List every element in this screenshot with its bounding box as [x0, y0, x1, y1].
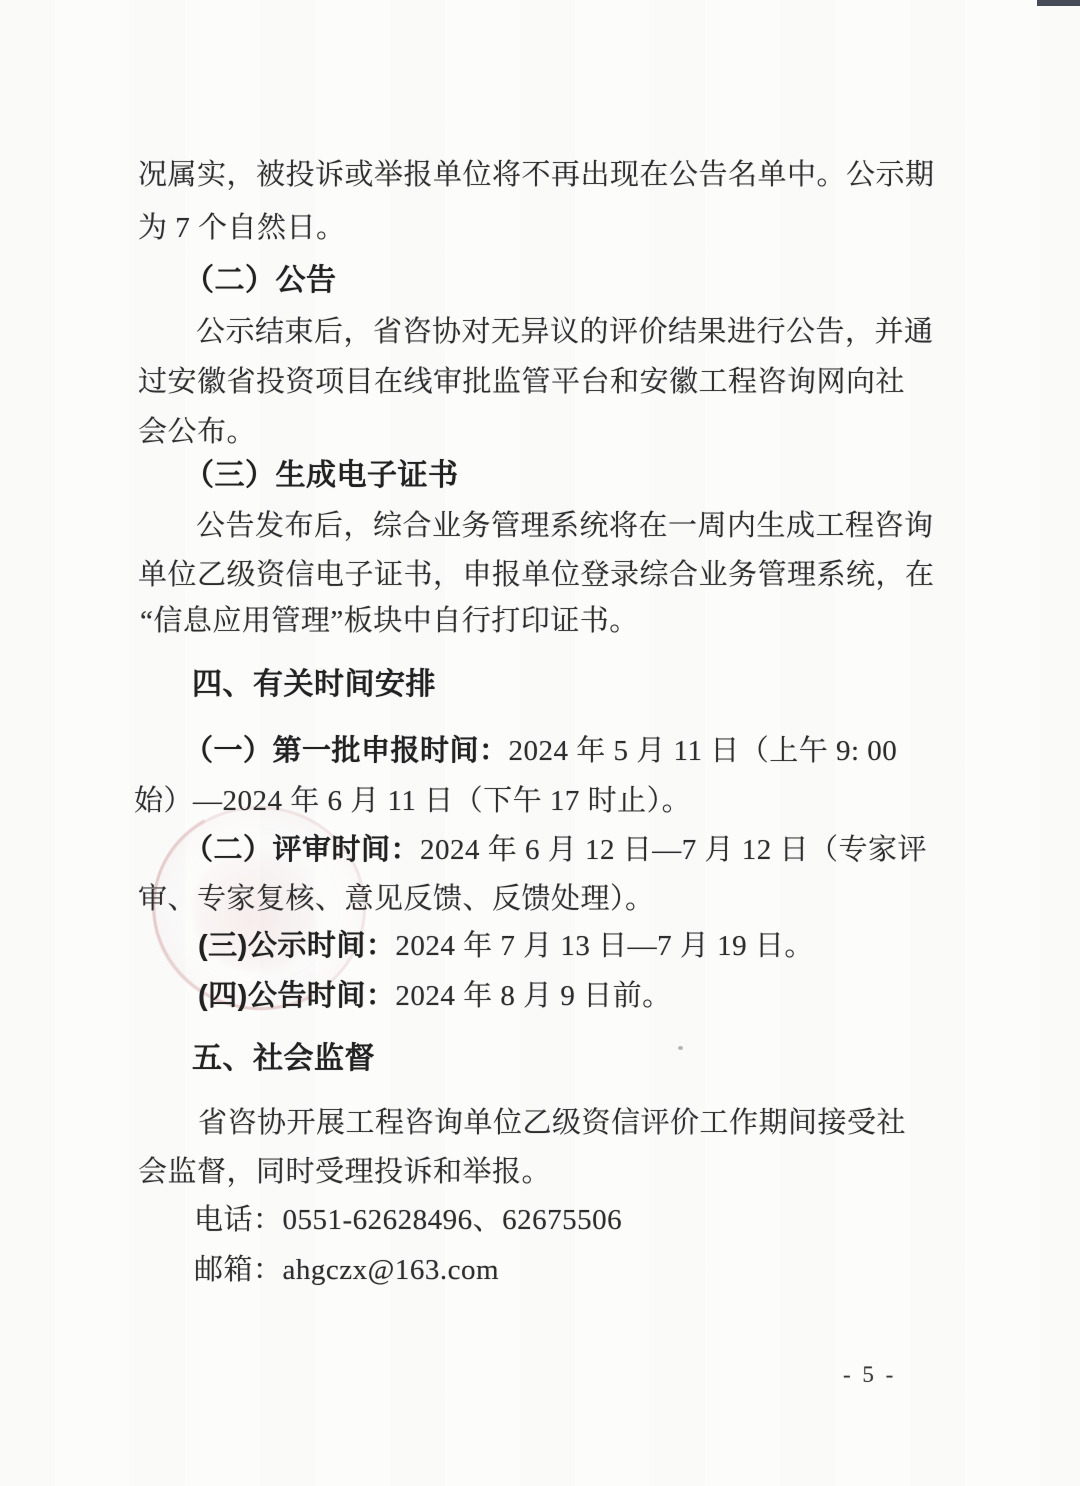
line-bold-text: 五、社会监督 — [192, 1042, 375, 1075]
line-bold-text: （二）评审时间： — [184, 834, 420, 866]
line-regular-text: 2024 年 5 月 11 日（上午 9: 00 — [509, 735, 898, 767]
text-line: 会监督，同时受理投诉和举报。 — [138, 1153, 551, 1191]
text-line: 省咨协开展工程咨询单位乙级资信评价工作期间接受社 — [198, 1104, 906, 1142]
email-line: 邮箱：ahgczx@163.com — [194, 1251, 499, 1289]
text-line: 况属实，被投诉或举报单位将不再出现在公告名单中。公示期 — [138, 156, 935, 194]
text-line: 为 7 个自然日。 — [138, 209, 346, 247]
text-line: (三)公示时间：2024 年 7 月 13 日—7 月 19 日。 — [198, 927, 814, 965]
text-line: 始）—2024 年 6 月 11 日（下午 17 时止）。 — [134, 782, 691, 820]
line-regular-text: 公告发布后，综合业务管理系统将在一周内生成工程咨询 — [196, 510, 934, 542]
line-regular-text: 2024 年 6 月 12 日—7 月 12 日（专家评 — [420, 834, 927, 866]
scan-corner-artifact — [1037, 0, 1080, 6]
line-bold-text: （一）第一批申报时间： — [184, 735, 509, 767]
line-regular-text: 公示结束后，省咨协对无异议的评价结果进行公告，并通 — [196, 316, 934, 348]
line-regular-text: 会监督，同时受理投诉和举报。 — [138, 1156, 551, 1188]
line-bold-text: （二）公告 — [184, 264, 337, 297]
line-bold-text: (三)公示时间： — [198, 930, 395, 962]
line-bold-text: (四)公告时间： — [198, 980, 395, 1012]
line-regular-text: 为 7 个自然日。 — [138, 212, 346, 244]
text-line: 审、专家复核、意见反馈、反馈处理）。 — [138, 880, 655, 918]
line-regular-text: 电话：0551-62628496、62675506 — [194, 1204, 622, 1236]
scan-speck — [678, 1046, 683, 1050]
text-line: 会公布。 — [138, 413, 256, 451]
line-regular-text: 省咨协开展工程咨询单位乙级资信评价工作期间接受社 — [198, 1107, 906, 1139]
line-regular-text: “信息应用管理”板块中自行打印证书。 — [140, 605, 639, 637]
text-line: （一）第一批申报时间：2024 年 5 月 11 日（上午 9: 00 — [184, 732, 897, 770]
text-line: 公告发布后，综合业务管理系统将在一周内生成工程咨询 — [196, 507, 934, 545]
line-regular-text: 2024 年 8 月 9 日前。 — [395, 980, 671, 1012]
section-subheading: （三）生成电子证书 — [184, 457, 459, 495]
line-regular-text: 2024 年 7 月 13 日—7 月 19 日。 — [395, 930, 814, 962]
text-line: “信息应用管理”板块中自行打印证书。 — [140, 602, 639, 640]
text-line: 单位乙级资信电子证书，申报单位登录综合业务管理系统，在 — [138, 556, 935, 594]
line-bold-text: 四、有关时间安排 — [192, 668, 436, 701]
line-regular-text: 况属实，被投诉或举报单位将不再出现在公告名单中。公示期 — [138, 159, 935, 191]
line-regular-text: 过安徽省投资项目在线审批监管平台和安徽工程咨询网向社 — [138, 366, 905, 398]
text-line: 公示结束后，省咨协对无异议的评价结果进行公告，并通 — [196, 313, 934, 351]
phone-line: 电话：0551-62628496、62675506 — [194, 1201, 622, 1239]
line-regular-text: 会公布。 — [138, 416, 256, 448]
text-line: (四)公告时间：2024 年 8 月 9 日前。 — [198, 977, 672, 1015]
line-regular-text: 始）—2024 年 6 月 11 日（下午 17 时止）。 — [134, 785, 691, 817]
section-heading: 五、社会监督 — [192, 1040, 375, 1078]
line-regular-text: 审、专家复核、意见反馈、反馈处理）。 — [138, 883, 655, 915]
page-number: - 5 - — [843, 1362, 896, 1388]
section-heading: 四、有关时间安排 — [192, 666, 436, 704]
text-line: （二）评审时间：2024 年 6 月 12 日—7 月 12 日（专家评 — [184, 831, 927, 869]
scanned-document-page: 况属实，被投诉或举报单位将不再出现在公告名单中。公示期 为 7 个自然日。 （二… — [0, 0, 1080, 1486]
line-bold-text: （三）生成电子证书 — [184, 459, 459, 492]
line-regular-text: 邮箱：ahgczx@163.com — [194, 1254, 499, 1286]
text-line: 过安徽省投资项目在线审批监管平台和安徽工程咨询网向社 — [138, 363, 905, 401]
section-subheading: （二）公告 — [184, 262, 337, 300]
line-regular-text: 单位乙级资信电子证书，申报单位登录综合业务管理系统，在 — [138, 559, 935, 591]
